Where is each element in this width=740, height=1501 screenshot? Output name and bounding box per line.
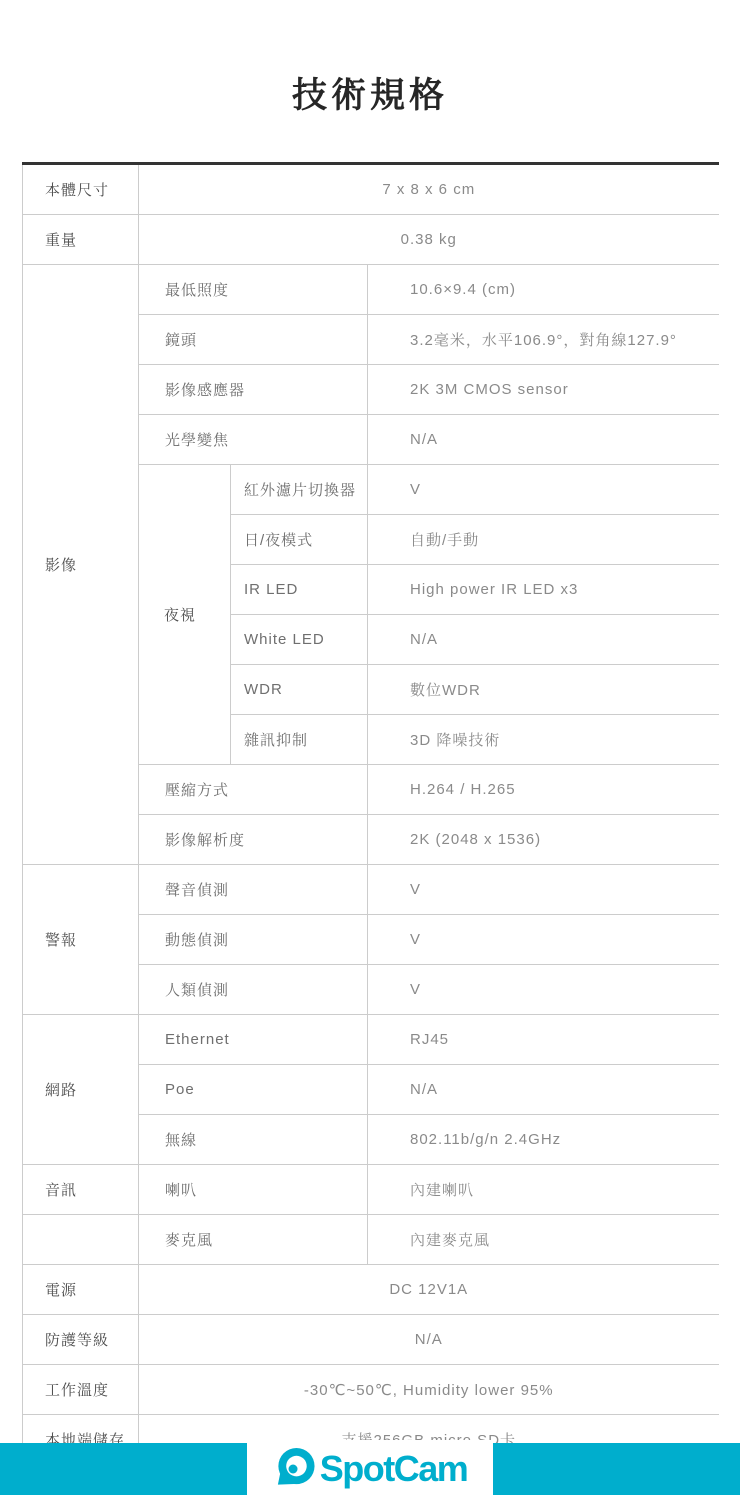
spotcam-pin-icon <box>273 1447 316 1491</box>
spec-value-cell: RJ45 <box>368 1015 719 1065</box>
spec-sublabel-cell: 日/夜模式 <box>231 515 368 565</box>
spec-value-cell: 3.2毫米，水平106.9°，對角線127.9° <box>368 315 719 365</box>
table-row: 警報 聲音偵測 V <box>23 865 719 915</box>
spec-value-cell: 802.11b/g/n 2.4GHz <box>368 1115 719 1165</box>
table-row: 重量 0.38 kg <box>23 215 719 265</box>
spec-section-cell: 網路 <box>23 1015 139 1165</box>
spec-value-cell: V <box>368 465 719 515</box>
spec-sublabel-cell: 紅外濾片切換器 <box>231 465 368 515</box>
spec-subsection-cell: 夜視 <box>139 465 231 765</box>
spec-sublabel-cell: WDR <box>231 665 368 715</box>
spec-label-cell: 影像解析度 <box>139 815 368 865</box>
spec-value-cell: 2K (2048 x 1536) <box>368 815 719 865</box>
spec-value-cell: 2K 3M CMOS sensor <box>368 365 719 415</box>
spec-label-cell: 光學變焦 <box>139 415 368 465</box>
spec-value-cell: V <box>368 965 719 1015</box>
spec-value-cell: 7 x 8 x 6 cm <box>139 164 719 215</box>
spotcam-logo[interactable]: SpotCam <box>247 1440 493 1498</box>
spec-value-cell: High power IR LED x3 <box>368 565 719 615</box>
spec-label-cell: 電源 <box>23 1265 139 1315</box>
spec-section-cell: 警報 <box>23 865 139 1015</box>
spec-label-cell: 人類偵測 <box>139 965 368 1015</box>
spec-label-cell: 最低照度 <box>139 265 368 315</box>
spec-sublabel-cell: 雜訊抑制 <box>231 715 368 765</box>
spec-empty-cell <box>23 1215 139 1265</box>
spec-value-cell: 內建喇叭 <box>368 1165 719 1215</box>
table-row: 工作溫度 -30℃~50℃, Humidity lower 95% <box>23 1365 719 1415</box>
spec-label-cell: 喇叭 <box>139 1165 368 1215</box>
spec-value-cell: H.264 / H.265 <box>368 765 719 815</box>
spec-value-cell: V <box>368 865 719 915</box>
table-row: 防護等級 N/A <box>23 1315 719 1365</box>
spec-label-cell: Ethernet <box>139 1015 368 1065</box>
spec-label-cell: 防護等級 <box>23 1315 139 1365</box>
spec-label-cell: 麥克風 <box>139 1215 368 1265</box>
spec-label-cell: 聲音偵測 <box>139 865 368 915</box>
spec-value-cell: N/A <box>139 1315 719 1365</box>
spotcam-logo-text: SpotCam <box>320 1447 468 1491</box>
spec-value-cell: N/A <box>368 415 719 465</box>
spec-sublabel-cell: White LED <box>231 615 368 665</box>
table-row: 麥克風 內建麥克風 <box>23 1215 719 1265</box>
table-row: 影像 最低照度 10.6×9.4 (cm) <box>23 265 719 315</box>
spec-label-cell: 重量 <box>23 215 139 265</box>
spec-value-cell: DC 12V1A <box>139 1265 719 1315</box>
spec-label-cell: 影像感應器 <box>139 365 368 415</box>
spec-label-cell: Poe <box>139 1065 368 1115</box>
spec-label-cell: 本體尺寸 <box>23 164 139 215</box>
spec-value-cell: N/A <box>368 615 719 665</box>
spec-value-cell: 0.38 kg <box>139 215 719 265</box>
table-row: 音訊 喇叭 內建喇叭 <box>23 1165 719 1215</box>
spec-section-cell: 影像 <box>23 265 139 865</box>
spec-label-cell: 動態偵測 <box>139 915 368 965</box>
spec-value-cell: V <box>368 915 719 965</box>
page-title: 技術規格 <box>0 76 740 116</box>
spec-label-cell: 壓縮方式 <box>139 765 368 815</box>
spec-value-cell: 內建麥克風 <box>368 1215 719 1265</box>
table-row: 本體尺寸 7 x 8 x 6 cm <box>23 164 719 215</box>
spec-table: 本體尺寸 7 x 8 x 6 cm 重量 0.38 kg 影像 最低照度 10.… <box>22 162 719 1467</box>
spec-label-cell: 無線 <box>139 1115 368 1165</box>
spec-value-cell: -30℃~50℃, Humidity lower 95% <box>139 1365 719 1415</box>
spec-value-cell: 數位WDR <box>368 665 719 715</box>
table-row: 網路 Ethernet RJ45 <box>23 1015 719 1065</box>
table-row: 電源 DC 12V1A <box>23 1265 719 1315</box>
spec-value-cell: 自動/手動 <box>368 515 719 565</box>
spec-label-cell: 工作溫度 <box>23 1365 139 1415</box>
spec-label-cell: 鏡頭 <box>139 315 368 365</box>
spec-value-cell: N/A <box>368 1065 719 1115</box>
spec-value-cell: 10.6×9.4 (cm) <box>368 265 719 315</box>
spec-sublabel-cell: IR LED <box>231 565 368 615</box>
spec-section-cell: 音訊 <box>23 1165 139 1215</box>
spec-value-cell: 3D 降噪技術 <box>368 715 719 765</box>
